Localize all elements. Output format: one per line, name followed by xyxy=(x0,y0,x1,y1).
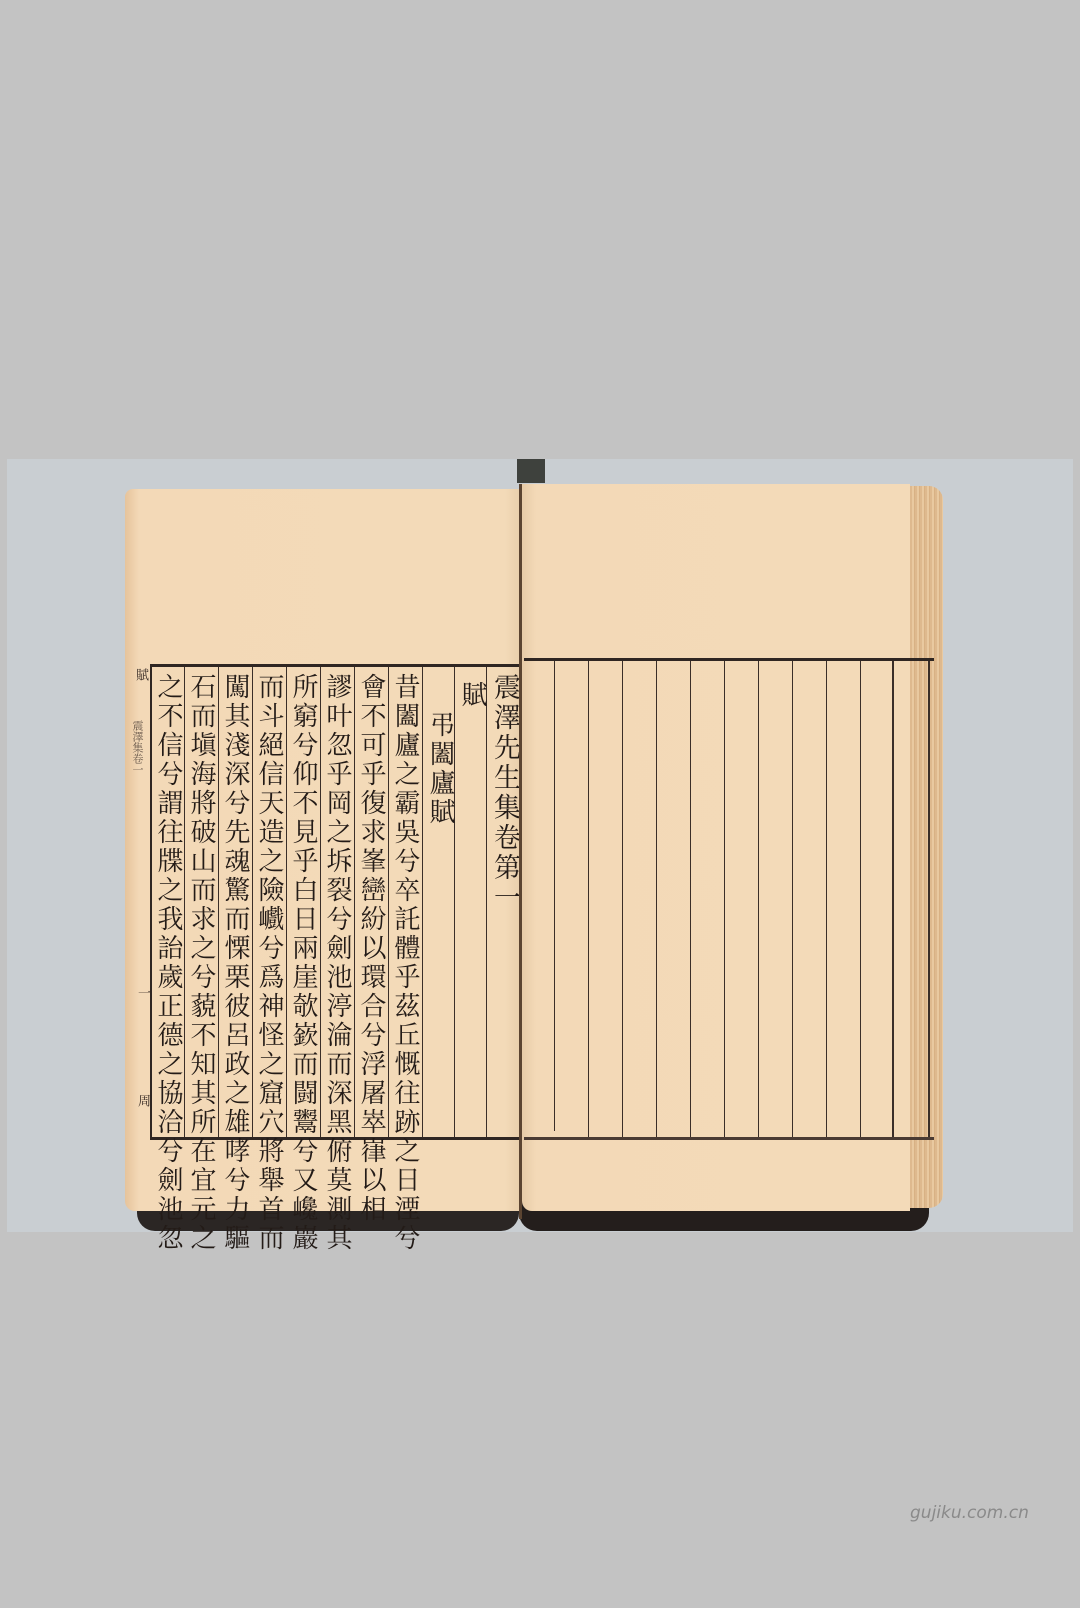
strip-label-top: 賦 xyxy=(131,668,150,681)
text-column-5: 而斗絕信天造之險巇兮爲神怪之窟穴將舉首而 xyxy=(253,673,285,1253)
book-gutter xyxy=(519,484,522,1219)
text-column-8: 之不信兮謂往牒之我詒歲正德之協洽兮劍池忽 xyxy=(152,673,184,1253)
text-column-4: 所窮兮仰不見乎白日兩崖欹嶔而闘鬻兮又巉巖 xyxy=(287,673,319,1253)
watermark: gujiku.com.cn xyxy=(910,1503,1029,1523)
text-column-3: 謬叶忽乎岡之坼裂兮劍池渟淪而深黑俯莫測其 xyxy=(321,673,353,1253)
text-column-6: 闖其淺深兮先魂驚而慄栗彼呂政之雄哮兮力驅 xyxy=(219,673,251,1253)
strip-label-folio: 一 xyxy=(133,986,152,999)
strip-label-volume: 震澤集卷一 xyxy=(129,720,145,775)
spine-tab xyxy=(517,459,545,483)
piece-title: 弔闔廬賦 xyxy=(424,711,456,827)
left-page-frame: 震澤先生集卷第一 賦 弔闔廬賦 昔闔廬之霸吳兮卒託體乎茲丘慨往跡之日湮兮 會不可… xyxy=(150,664,520,1140)
volume-title: 震澤先生集卷第一 xyxy=(488,673,520,913)
center-strip: 賦 震澤集卷一 一 周 xyxy=(125,664,151,1134)
strip-label-bottom: 周 xyxy=(133,1094,152,1107)
text-column-1: 昔闔廬之霸吳兮卒託體乎茲丘慨往跡之日湮兮 xyxy=(389,673,421,1253)
section-heading: 賦 xyxy=(456,681,488,710)
text-column-7: 石而塡海將破山而求之兮藐不知其所在宜元之 xyxy=(185,673,217,1253)
right-page-frame xyxy=(524,658,934,1140)
text-column-2: 會不可乎復求峯巒紛以環合兮浮屠崒嵂以相 xyxy=(355,673,387,1224)
